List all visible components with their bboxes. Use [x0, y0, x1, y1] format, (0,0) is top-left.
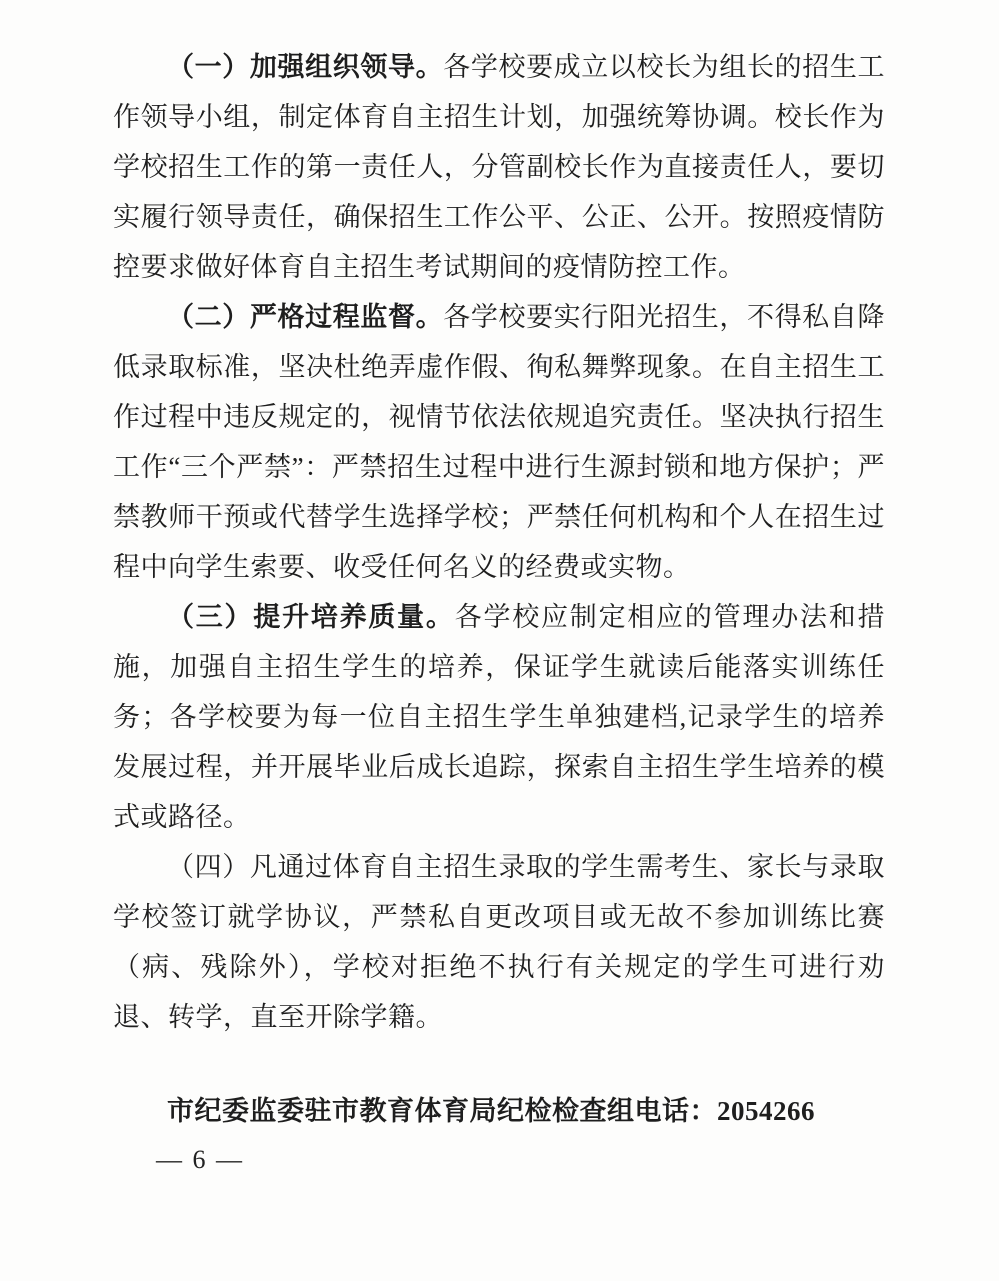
- paragraph-2-text: 各学校要实行阳光招生，不得私自降低录取标准，坚决杜绝弄虚作假、徇私舞弊现象。在自…: [113, 302, 885, 582]
- page-number: — 6 —: [156, 1142, 244, 1178]
- paragraph-1-heading: （一）加强组织领导。: [167, 52, 443, 82]
- paragraph-3: （三）提升培养质量。各学校应制定相应的管理办法和措施，加强自主招生学生的培养，保…: [113, 592, 885, 842]
- paragraph-1-text: 各学校要成立以校长为组长的招生工作领导小组，制定体育自主招生计划，加强统筹协调。…: [113, 52, 885, 282]
- paragraph-2-heading: （二）严格过程监督。: [167, 302, 443, 332]
- document-body: （一）加强组织领导。各学校要成立以校长为组长的招生工作领导小组，制定体育自主招生…: [113, 42, 885, 1136]
- paragraph-3-heading: （三）提升培养质量。: [167, 602, 455, 632]
- document-page: （一）加强组织领导。各学校要成立以校长为组长的招生工作领导小组，制定体育自主招生…: [0, 0, 999, 1281]
- paragraph-4-text: （四）凡通过体育自主招生录取的学生需考生、家长与录取学校签订就学协议，严禁私自更…: [113, 852, 885, 1032]
- paragraph-1: （一）加强组织领导。各学校要成立以校长为组长的招生工作领导小组，制定体育自主招生…: [113, 42, 885, 292]
- paragraph-4: （四）凡通过体育自主招生录取的学生需考生、家长与录取学校签订就学协议，严禁私自更…: [113, 842, 885, 1042]
- paragraph-2: （二）严格过程监督。各学校要实行阳光招生，不得私自降低录取标准，坚决杜绝弄虚作假…: [113, 292, 885, 592]
- paragraph-3-text: 各学校应制定相应的管理办法和措施，加强自主招生学生的培养，保证学生就读后能落实训…: [113, 602, 885, 832]
- discipline-inspection-phone-note: 市纪委监委驻市教育体育局纪检检查组电话：2054266: [113, 1086, 885, 1136]
